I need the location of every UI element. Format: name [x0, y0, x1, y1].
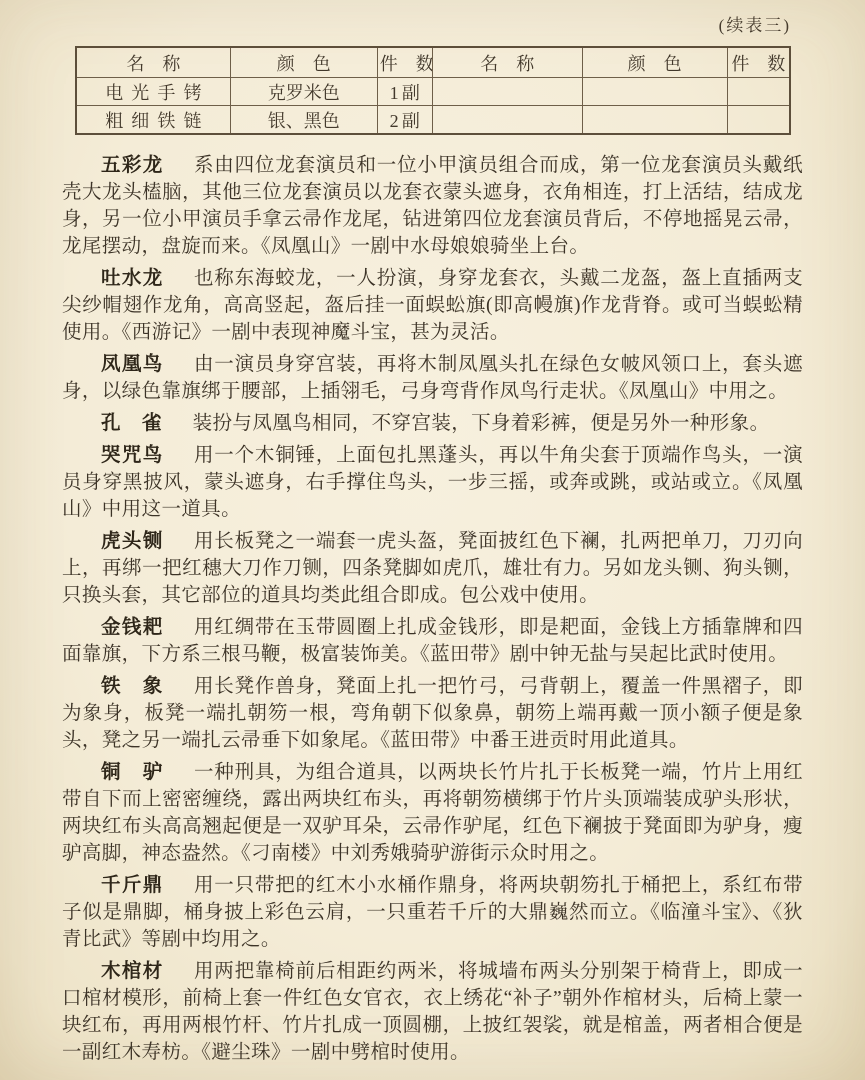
entry-fenghuangniao: 凤凰鸟由一演员身穿宫装，再将木制凤凰头扎在绿色女帔风领口上，套头遮身，以绿色靠旗… [62, 351, 803, 405]
cell-color [582, 106, 727, 135]
header-color-1: 颜 色 [230, 47, 377, 78]
header-color-2: 颜 色 [582, 47, 727, 78]
cell-color [582, 78, 727, 106]
entry-term: 凤凰鸟 [101, 354, 164, 375]
entry-tonglv: 铜 驴一种刑具，为组合道具，以两块长竹片扎于长板凳一端，竹片上用红带自下而上密密… [62, 759, 803, 867]
cell-count [727, 106, 790, 135]
entry-text: 用长板凳之一端套一虎头盔，凳面披红色下襕，扎两把单刀，刀刃向上，再绑一把红穗大刀… [62, 531, 803, 606]
entry-term: 木棺材 [101, 961, 164, 982]
cell-name: 电光手铐 [76, 78, 230, 106]
entry-term: 铁 象 [101, 676, 164, 697]
continuation-label: (续表三) [62, 14, 803, 38]
entry-hutouzha: 虎头铡用长板凳之一端套一虎头盔，凳面披红色下襕，扎两把单刀，刀刃向上，再绑一把红… [62, 528, 803, 609]
entry-wucailong: 五彩龙系由四位龙套演员和一位小甲演员组合而成，第一位龙套演员头戴纸壳大龙头榼脑，… [62, 152, 803, 260]
entry-muguancai: 木棺材用两把靠椅前后相距约两米，将城墙布两头分别架于椅背上，即成一口棺材模形，前… [62, 958, 803, 1066]
entry-tiexiang: 铁 象用长凳作兽身，凳面上扎一把竹弓，弓背朝上，覆盖一件黑褶子，即为象身，板凳一… [62, 673, 803, 754]
entry-jinqianpa: 金钱耙用红绸带在玉带圆圈上扎成金钱形，即是耙面，金钱上方插靠牌和四面靠旗，下方系… [62, 614, 803, 668]
cell-name [432, 106, 582, 135]
table-row: 电光手铐 克罗米色 1副 [76, 78, 790, 106]
entry-list: 五彩龙系由四位龙套演员和一位小甲演员组合而成，第一位龙套演员头戴纸壳大龙头榼脑，… [62, 152, 803, 1066]
entry-text: 装扮与凤凰鸟相同，不穿宫装，下身着彩裤，便是另外一种形象。 [193, 413, 770, 434]
entry-text: 由一演员身穿宫装，再将木制凤凰头扎在绿色女帔风领口上，套头遮身，以绿色靠旗绑于腰… [62, 354, 803, 402]
entry-tushuilong: 吐水龙也称东海蛟龙，一人扮演，身穿龙套衣，头戴二龙盔，盔上直插两支尖纱帽翅作龙角… [62, 265, 803, 346]
entry-term: 哭咒鸟 [101, 445, 164, 466]
cell-color: 克罗米色 [230, 78, 377, 106]
table-row: 粗细铁链 银、黑色 2副 [76, 106, 790, 135]
cell-name: 粗细铁链 [76, 106, 230, 135]
entry-kuzhouniao: 哭咒鸟用一个木铜锤，上面包扎黑蓬头，再以牛角尖套于顶端作鸟头，一演员身穿黑披风，… [62, 442, 803, 523]
header-count-1: 件 数 [377, 47, 432, 78]
entry-text: 用一个木铜锤，上面包扎黑蓬头，再以牛角尖套于顶端作鸟头，一演员身穿黑披风，蒙头遮… [62, 445, 803, 520]
cell-name [432, 78, 582, 106]
entry-text: 用长凳作兽身，凳面上扎一把竹弓，弓背朝上，覆盖一件黑褶子，即为象身，板凳一端扎朝… [62, 676, 803, 751]
entry-term: 吐水龙 [101, 268, 164, 289]
entry-term: 虎头铡 [101, 531, 164, 552]
entry-term: 金钱耙 [101, 617, 164, 638]
cell-count [727, 78, 790, 106]
props-table: 名 称 颜 色 件 数 名 称 颜 色 件 数 电光手铐 克罗米色 1副 粗细铁… [75, 46, 791, 135]
entry-term: 铜 驴 [101, 762, 164, 783]
entry-text: 一种刑具，为组合道具，以两块长竹片扎于长板凳一端，竹片上用红带自下而上密密缠绕，… [62, 762, 803, 864]
entry-text: 系由四位龙套演员和一位小甲演员组合而成，第一位龙套演员头戴纸壳大龙头榼脑，其他三… [62, 155, 803, 257]
entry-term: 孔 雀 [101, 413, 162, 434]
entry-term: 五彩龙 [101, 155, 164, 176]
cell-color: 银、黑色 [230, 106, 377, 135]
table-header-row: 名 称 颜 色 件 数 名 称 颜 色 件 数 [76, 47, 790, 78]
entry-term: 千斤鼎 [101, 875, 164, 896]
entry-text: 也称东海蛟龙，一人扮演，身穿龙套衣，头戴二龙盔，盔上直插两支尖纱帽翅作龙角，高高… [62, 268, 803, 343]
header-name-1: 名 称 [76, 47, 230, 78]
entry-qianjinding: 千斤鼎用一只带把的红木小水桶作鼎身，将两块朝笏扎于桶把上，系红布带子似是鼎脚，桶… [62, 872, 803, 953]
entry-text: 用两把靠椅前后相距约两米，将城墙布两头分别架于椅背上，即成一口棺材模形，前椅上套… [62, 961, 803, 1063]
cell-count: 1副 [377, 78, 432, 106]
scanned-book-page: (续表三) 名 称 颜 色 件 数 名 称 颜 色 件 数 电光手铐 克罗米色 … [0, 0, 865, 1080]
cell-count: 2副 [377, 106, 432, 135]
entry-text: 用一只带把的红木小水桶作鼎身，将两块朝笏扎于桶把上，系红布带子似是鼎脚，桶身披上… [62, 875, 803, 950]
entry-text: 用红绸带在玉带圆圈上扎成金钱形，即是耙面，金钱上方插靠牌和四面靠旗，下方系三根马… [62, 617, 803, 665]
header-name-2: 名 称 [432, 47, 582, 78]
entry-kongque: 孔 雀装扮与凤凰鸟相同，不穿宫装，下身着彩裤，便是另外一种形象。 [62, 410, 803, 437]
header-count-2: 件 数 [727, 47, 790, 78]
